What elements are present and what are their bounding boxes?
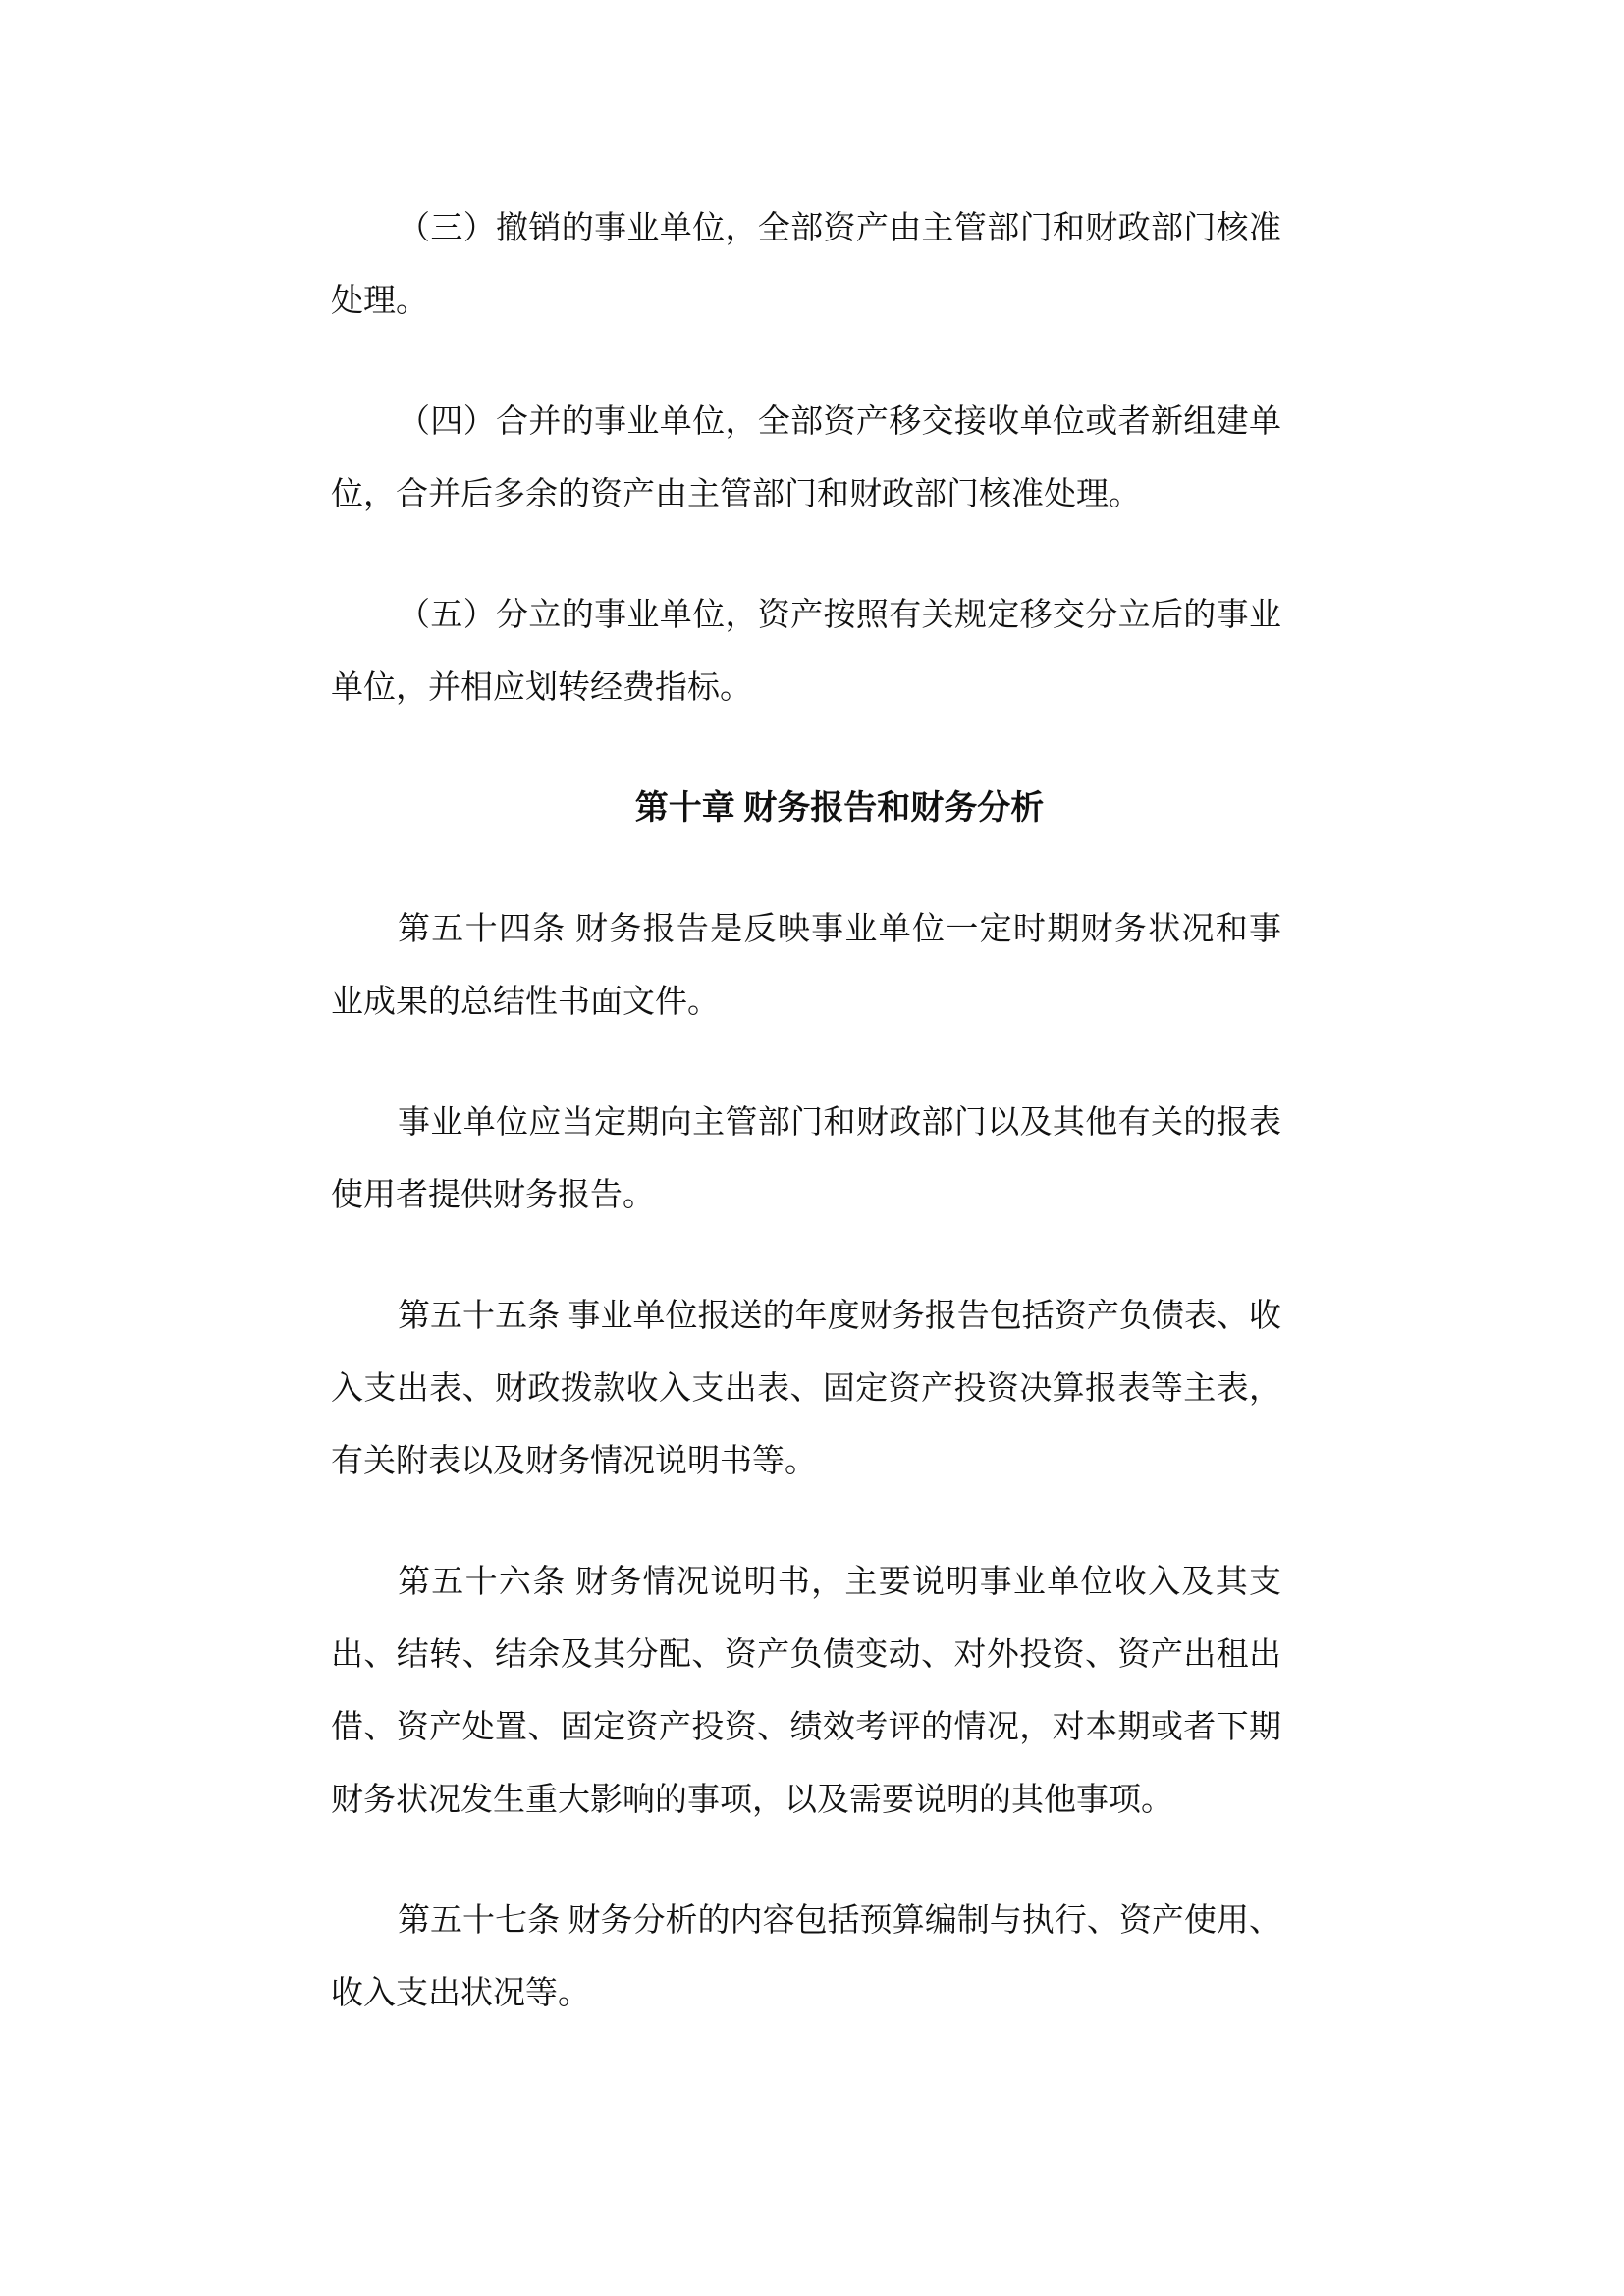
para-item-si: （四）合并的事业单位，全部资产移交接收单位或者新组建单 位，合并后多余的资产由主… bbox=[331, 386, 1281, 531]
text-line: （四）合并的事业单位，全部资产移交接收单位或者新组建单 bbox=[331, 386, 1281, 458]
text-line: 第五十七条 财务分析的内容包括预算编制与执行、资产使用、 bbox=[331, 1885, 1281, 1957]
text-line: 入支出表、财政拨款收入支出表、固定资产投资决算报表等主表， bbox=[331, 1353, 1281, 1425]
para-article-54: 第五十四条 财务报告是反映事业单位一定时期财务状况和事 业成果的总结性书面文件。 bbox=[331, 893, 1281, 1039]
text-line: 借、资产处置、固定资产投资、绩效考评的情况，对本期或者下期 bbox=[331, 1691, 1281, 1764]
text-line: 第五十五条 事业单位报送的年度财务报告包括资产负债表、收 bbox=[331, 1280, 1281, 1353]
text-line: （三）撤销的事业单位，全部资产由主管部门和财政部门核准 bbox=[331, 192, 1281, 265]
text-line: （五）分立的事业单位，资产按照有关规定移交分立后的事业 bbox=[331, 579, 1281, 652]
text-line: 有关附表以及财务情况说明书等。 bbox=[331, 1425, 1281, 1498]
text-line: 出、结转、结余及其分配、资产负债变动、对外投资、资产出租出 bbox=[331, 1619, 1281, 1691]
document-content: （三）撤销的事业单位，全部资产由主管部门和财政部门核准 处理。 （四）合并的事业… bbox=[331, 192, 1281, 2078]
text-line: 第五十四条 财务报告是反映事业单位一定时期财务状况和事 bbox=[331, 893, 1281, 966]
para-item-san: （三）撤销的事业单位，全部资产由主管部门和财政部门核准 处理。 bbox=[331, 192, 1281, 338]
chapter-heading: 第十章 财务报告和财务分析 bbox=[331, 773, 1281, 845]
para-article-56: 第五十六条 财务情况说明书，主要说明事业单位收入及其支 出、结转、结余及其分配、… bbox=[331, 1546, 1281, 1837]
para-article-55: 第五十五条 事业单位报送的年度财务报告包括资产负债表、收 入支出表、财政拨款收入… bbox=[331, 1280, 1281, 1498]
document-page: （三）撤销的事业单位，全部资产由主管部门和财政部门核准 处理。 （四）合并的事业… bbox=[0, 0, 1624, 2296]
text-line: 单位，并相应划转经费指标。 bbox=[331, 652, 1281, 724]
text-line: 财务状况发生重大影响的事项，以及需要说明的其他事项。 bbox=[331, 1764, 1281, 1837]
para-article-57: 第五十七条 财务分析的内容包括预算编制与执行、资产使用、 收入支出状况等。 bbox=[331, 1885, 1281, 2030]
text-line: 第五十六条 财务情况说明书，主要说明事业单位收入及其支 bbox=[331, 1546, 1281, 1619]
text-line: 业成果的总结性书面文件。 bbox=[331, 966, 1281, 1039]
text-line: 事业单位应当定期向主管部门和财政部门以及其他有关的报表 bbox=[331, 1087, 1281, 1159]
para-item-wu: （五）分立的事业单位，资产按照有关规定移交分立后的事业 单位，并相应划转经费指标… bbox=[331, 579, 1281, 724]
para-article-54-continued: 事业单位应当定期向主管部门和财政部门以及其他有关的报表 使用者提供财务报告。 bbox=[331, 1087, 1281, 1232]
text-line: 位，合并后多余的资产由主管部门和财政部门核准处理。 bbox=[331, 458, 1281, 531]
text-line: 收入支出状况等。 bbox=[331, 1957, 1281, 2030]
text-line: 使用者提供财务报告。 bbox=[331, 1159, 1281, 1232]
text-line: 处理。 bbox=[331, 265, 1281, 338]
